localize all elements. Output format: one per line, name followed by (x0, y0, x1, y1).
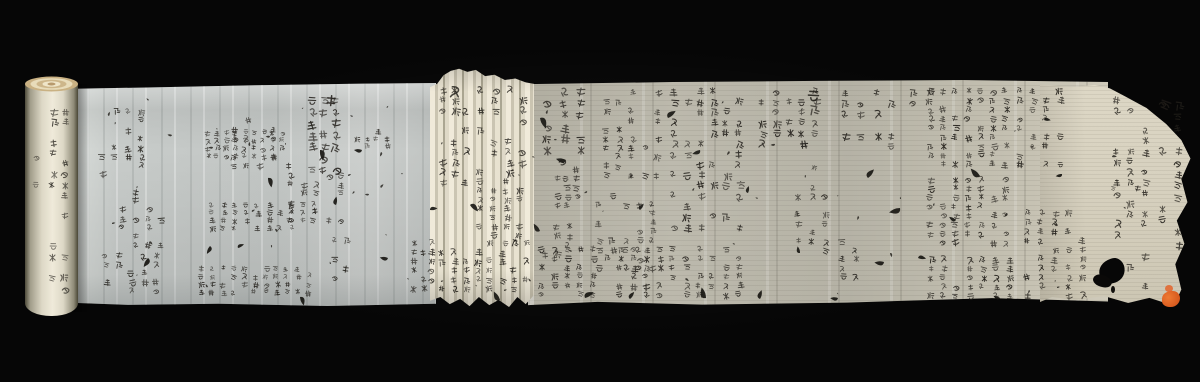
glyph-mark (1174, 113, 1181, 120)
glyph-mark (1159, 102, 1166, 107)
red-seal-remnant (1162, 291, 1180, 307)
torn-hole (1093, 259, 1127, 293)
scroll-sheet-right (528, 80, 1108, 306)
scroll-sheet-left (74, 83, 436, 306)
photo-canvas (0, 0, 1200, 382)
glyph-mark (1160, 100, 1171, 110)
scroll-rolled-end (25, 80, 78, 316)
scroll-pleated-folds (430, 68, 534, 308)
torn-hole-drip (1111, 286, 1115, 293)
glyph-mark (1176, 102, 1184, 111)
glyph-mark (1174, 125, 1181, 132)
